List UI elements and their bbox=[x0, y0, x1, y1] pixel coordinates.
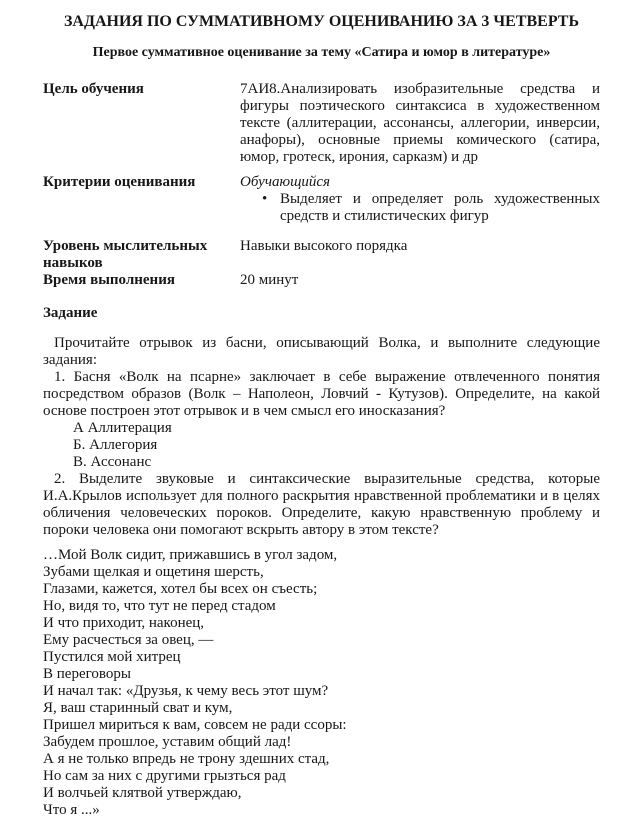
poem-line: Ему расчесться за овец, — bbox=[43, 632, 600, 649]
poem-line: …Мой Волк сидит, прижавшись в угол задом… bbox=[43, 547, 600, 564]
poem-line: И волчьей клятвой утверждаю, bbox=[43, 785, 600, 802]
answer-options-list: А АллитерацияБ. АллегорияВ. Ассонанс bbox=[43, 420, 600, 471]
poem-line: И начал так: «Друзья, к чему весь этот ш… bbox=[43, 683, 600, 700]
poem-line: Глазами, кажется, хотел бы всех он съест… bbox=[43, 581, 600, 598]
info-value: 20 минут bbox=[240, 272, 600, 289]
document-title: ЗАДАНИЯ ПО СУММАТИВНОМУ ОЦЕНИВАНИЮ ЗА 3 … bbox=[43, 10, 600, 31]
info-value: Навыки высокого порядка bbox=[240, 238, 600, 255]
poem-line: А я не только впредь не трону здешних ст… bbox=[43, 751, 600, 768]
info-label: Цель обучения bbox=[43, 81, 240, 98]
info-label: Критерии оценивания bbox=[43, 174, 240, 191]
question-2-paragraph: 2. Выделите звуковые и синтаксические вы… bbox=[43, 471, 600, 539]
poem-line: Пришел мириться к вам, совсем не ради сс… bbox=[43, 717, 600, 734]
poem-line: Что я ...» bbox=[43, 802, 600, 819]
document-page: ЗАДАНИЯ ПО СУММАТИВНОМУ ОЦЕНИВАНИЮ ЗА 3 … bbox=[0, 0, 644, 833]
poem-excerpt: …Мой Волк сидит, прижавшись в угол задом… bbox=[43, 547, 600, 819]
info-value: 7АИ8.Анализировать изобразительные средс… bbox=[240, 81, 600, 166]
info-row-learning-objective: Цель обучения 7АИ8.Анализировать изобраз… bbox=[43, 81, 600, 166]
poem-line: Я, ваш старинный сват и кум, bbox=[43, 700, 600, 717]
question-1-paragraph: 1. Басня «Волк на псарне» заключает в се… bbox=[43, 369, 600, 420]
document-subtitle: Первое суммативное оценивание за тему «С… bbox=[43, 44, 600, 61]
info-label: Время выполнения bbox=[43, 272, 240, 289]
poem-line: И что приходит, наконец, bbox=[43, 615, 600, 632]
poem-line: В переговоры bbox=[43, 666, 600, 683]
task-intro-paragraph: Прочитайте отрывок из басни, описывающий… bbox=[43, 335, 600, 369]
info-row-duration: Время выполнения 20 минут bbox=[43, 272, 600, 289]
task-section-heading: Задание bbox=[43, 305, 600, 322]
answer-option: Б. Аллегория bbox=[73, 437, 600, 454]
criteria-student-lead: Обучающийся bbox=[240, 174, 600, 191]
answer-option: В. Ассонанс bbox=[73, 454, 600, 471]
criteria-bullet-list: Выделяет и определяет роль художественны… bbox=[240, 191, 600, 225]
poem-line: Зубами щелкая и ощетиня шерсть, bbox=[43, 564, 600, 581]
info-row-assessment-criteria: Критерии оценивания Обучающийся Выделяет… bbox=[43, 174, 600, 225]
answer-option: А Аллитерация bbox=[73, 420, 600, 437]
info-value: Обучающийся Выделяет и определяет роль х… bbox=[240, 174, 600, 225]
info-row-thinking-skills: Уровень мыслительных навыков Навыки высо… bbox=[43, 238, 600, 272]
info-label: Уровень мыслительных навыков bbox=[43, 238, 240, 272]
criteria-bullet-item: Выделяет и определяет роль художественны… bbox=[240, 191, 600, 225]
poem-line: Но сам за них с другими грызться рад bbox=[43, 768, 600, 785]
poem-line: Но, видя то, что тут не перед стадом bbox=[43, 598, 600, 615]
info-table: Цель обучения 7АИ8.Анализировать изобраз… bbox=[43, 81, 600, 289]
poem-line: Пустился мой хитрец bbox=[43, 649, 600, 666]
poem-line: Забудем прошлое, уставим общий лад! bbox=[43, 734, 600, 751]
